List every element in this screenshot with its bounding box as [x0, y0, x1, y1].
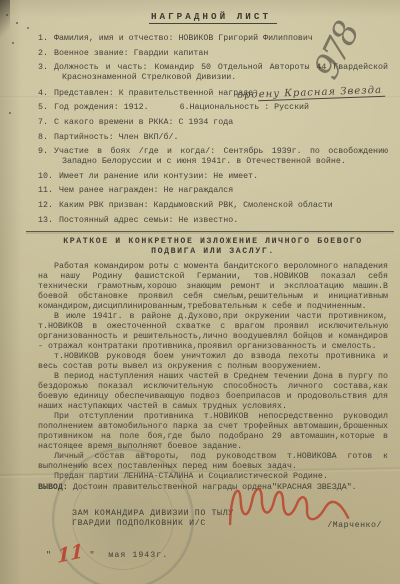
field-rkka-since: 7.С какого времени в РККА: С 1934 года: [38, 118, 388, 128]
field-number: 12.: [38, 201, 53, 210]
field-text: Чем ранее награжден: Не награждался: [59, 186, 233, 195]
ink-speck: [16, 22, 18, 24]
field-number: 1.: [38, 34, 48, 43]
conclusion-line: ВЫВОД: Достоин правительственной награды…: [38, 483, 388, 493]
field-surname: 1.Фамилия, имя и отчество: НОВИКОВ Григо…: [38, 34, 388, 44]
ink-speck: [9, 112, 11, 114]
field-wounds: 10.Имеет ли ранение или контузии: Не име…: [38, 172, 388, 182]
field-number: 7.: [38, 118, 48, 127]
field-text: Должность и часть: Командир 50 Отдельной…: [54, 63, 388, 82]
field-party: 8.Партийность: Член ВКП/б/.: [38, 133, 388, 143]
field-text: Военное звание: Гвардии капитан: [54, 49, 208, 58]
conclusion-text: Достоин правительственной награды ордена…: [73, 483, 357, 492]
field-number: 8.: [38, 133, 48, 142]
handwritten-day: 11: [57, 544, 83, 564]
section-heading: КРАТКОЕ И КОНКРЕТНОЕ ИЗЛОЖЕНИЕ ЛИЧНОГО Б…: [38, 237, 388, 257]
feat-description: Работая командиром роты с момента бандит…: [38, 262, 388, 493]
document-title: НАГРАДНОЙ ЛИСТ: [149, 12, 277, 24]
paragraph: Личный состав автороты, под руководством…: [38, 452, 388, 472]
award-sheet-scan: НАГРАДНОЙ ЛИСТ 1.Фамилия, имя и отчество…: [0, 0, 400, 584]
signer-name: /Марченко/: [327, 509, 382, 531]
field-number: 2.: [38, 49, 48, 58]
field-text: Каким РВК призван: Кардымовский РВК, Смо…: [59, 201, 333, 210]
conclusion-label: ВЫВОД:: [38, 483, 68, 492]
section-divider-line: [26, 231, 394, 232]
ink-speck: [6, 14, 8, 16]
page-corner-shadow: [0, 0, 10, 46]
fields-section: 1.Фамилия, имя и отчество: НОВИКОВ Григо…: [38, 34, 388, 226]
signer-title-line2: ГВАРДИИ ПОДПОЛКОВНИК И/С: [72, 519, 234, 529]
ink-speck: [12, 42, 14, 44]
field-rank: 2.Военное звание: Гвардии капитан: [38, 49, 388, 59]
paragraph: В июле 1941г. в районе д.Духово,при окру…: [38, 312, 388, 352]
handwritten-award-name: ордену Красная Звезда: [258, 86, 385, 101]
date-line: " 11 " мая 1943г.: [46, 547, 388, 561]
field-text: Партийность: Член ВКП/б/.: [54, 133, 178, 142]
paragraph: Предан партии ЛЕНИНА-СТАЛИНА и Социалист…: [38, 472, 388, 482]
field-number: 4.: [38, 89, 48, 98]
paragraph: т.НОВИКОВ руководя боем уничтожил до взв…: [38, 352, 388, 372]
field-birth-nationality: 5.Год рождения: 1912. 6.Национальность :…: [38, 103, 388, 113]
field-unit: 3.Должность и часть: Командир 50 Отдельн…: [38, 63, 388, 83]
signature-block: ЗАМ КОМАНДИРА ДИВИЗИИ ПО ТЫЛУ ГВАРДИИ ПО…: [38, 509, 388, 531]
paragraph: При отступлении противника т.НОВИКОВ неп…: [38, 412, 388, 452]
field-text: Фамилия, имя и отчество: НОВИКОВ Григори…: [54, 34, 313, 43]
field-text: Год рождения: 1912.: [54, 103, 149, 112]
field-text: Участие в боях /где и когда/: Сентябрь 1…: [54, 147, 388, 166]
field-number: 3.: [38, 63, 48, 72]
paragraph: Работая командиром роты с момента бандит…: [38, 262, 388, 312]
field-number: 13.: [38, 216, 53, 225]
field-number: 11.: [38, 186, 53, 195]
field-text: Представлен: К правительственной награде: [54, 89, 253, 98]
quote-mark: ": [46, 551, 51, 561]
field-prior-awards: 11.Чем ранее награжден: Не награждался: [38, 186, 388, 196]
signer-titles: ЗАМ КОМАНДИРА ДИВИЗИИ ПО ТЫЛУ ГВАРДИИ ПО…: [72, 509, 234, 529]
field-text: Имеет ли ранение или контузии: Не имеет.: [59, 172, 258, 181]
field-text: Постоянный адрес семьи: Не известно.: [59, 216, 238, 225]
paragraph: В период наступления наших частей в Сред…: [38, 372, 388, 412]
date-month-year: мая 1943г.: [108, 551, 168, 561]
field-number: 5.: [38, 103, 48, 112]
field-text: С какого времени в РККА: С 1934 года: [54, 118, 233, 127]
field-nationality: 6.Национальность : Русский: [180, 103, 309, 112]
field-family-address: 13.Постоянный адрес семьи: Не известно.: [38, 216, 388, 226]
signer-title-line1: ЗАМ КОМАНДИРА ДИВИЗИИ ПО ТЫЛУ: [72, 509, 234, 519]
field-drafted-by: 12.Каким РВК призван: Кардымовский РВК, …: [38, 201, 388, 211]
quote-mark: ": [89, 551, 94, 561]
field-combat-participation: 9.Участие в боях /где и когда/: Сентябрь…: [38, 147, 388, 167]
field-award-proposed: 4.Представлен: К правительственной награ…: [38, 88, 388, 99]
field-number: 10.: [38, 172, 53, 181]
ink-speck: [27, 27, 29, 29]
field-number: 9.: [38, 147, 48, 156]
